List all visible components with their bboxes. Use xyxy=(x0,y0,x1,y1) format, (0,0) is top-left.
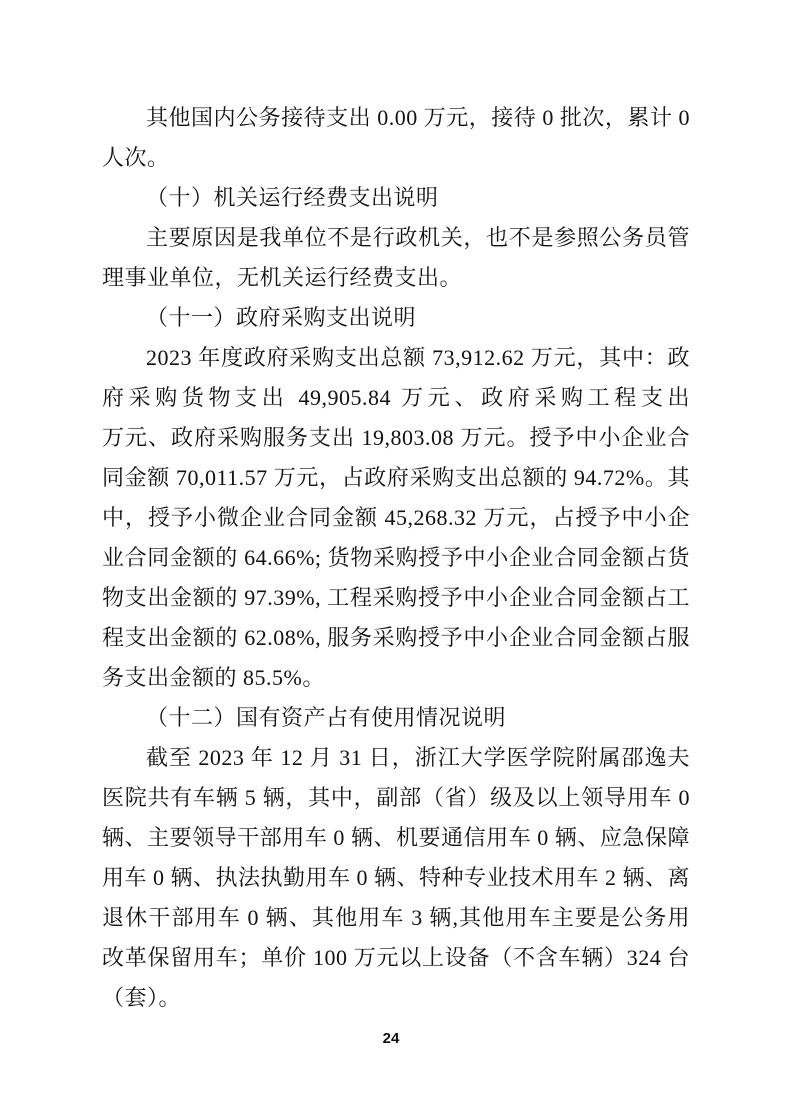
text-line: 业合同金额的 64.66%; 货物采购授予中小企业合同金额占货 xyxy=(102,538,690,578)
document-page: 其他国内公务接待支出 0.00 万元，接待 0 批次，累计 0 人次。 （十）机… xyxy=(0,0,790,1116)
text-line: 万元、政府采购服务支出 19,803.08 万元。授予中小企业合 xyxy=(102,418,690,458)
text-line: 程支出金额的 62.08%, 服务采购授予中小企业合同金额占服 xyxy=(102,618,690,658)
paragraph: 其他国内公务接待支出 0.00 万元，接待 0 批次，累计 0 人次。 xyxy=(102,98,690,178)
text-line: 物支出金额的 97.39%, 工程采购授予中小企业合同金额占工 xyxy=(102,578,690,618)
text-line: （套）。 xyxy=(102,978,690,1018)
section-heading: （十）机关运行经费支出说明 xyxy=(102,178,690,218)
paragraph: 截至 2023 年 12 月 31 日，浙江大学医学院附属邵逸夫 医院共有车辆 … xyxy=(102,738,690,1018)
text-line: 府采购货物支出 49,905.84 万元、政府采购工程支出 4,203.70 xyxy=(102,378,690,418)
heading-line: （十）机关运行经费支出说明 xyxy=(102,178,690,218)
text-line: 医院共有车辆 5 辆，其中，副部（省）级及以上领导用车 0 xyxy=(102,778,690,818)
text-line: 其他国内公务接待支出 0.00 万元，接待 0 批次，累计 0 xyxy=(102,98,690,138)
text-line: 人次。 xyxy=(102,138,690,178)
text-line: 务支出金额的 85.5%。 xyxy=(102,658,690,698)
heading-line: （十一）政府采购支出说明 xyxy=(102,298,690,338)
text-line: 主要原因是我单位不是行政机关，也不是参照公务员管 xyxy=(102,218,690,258)
text-line: 同金额 70,011.57 万元，占政府采购支出总额的 94.72%。其 xyxy=(102,458,690,498)
text-line: 截至 2023 年 12 月 31 日，浙江大学医学院附属邵逸夫 xyxy=(102,738,690,778)
text-line: 退休干部用车 0 辆、其他用车 3 辆,其他用车主要是公务用车 xyxy=(102,898,690,938)
heading-line: （十二）国有资产占有使用情况说明 xyxy=(102,698,690,738)
text-line: 中，授予小微企业合同金额 45,268.32 万元，占授予中小企 xyxy=(102,498,690,538)
paragraph: 主要原因是我单位不是行政机关，也不是参照公务员管 理事业单位，无机关运行经费支出… xyxy=(102,218,690,298)
text-line: 2023 年度政府采购支出总额 73,912.62 万元，其中：政 xyxy=(102,338,690,378)
text-line: 改革保留用车；单价 100 万元以上设备（不含车辆）324 台 xyxy=(102,938,690,978)
paragraph: 2023 年度政府采购支出总额 73,912.62 万元，其中：政 府采购货物支… xyxy=(102,338,690,698)
text-line: 理事业单位，无机关运行经费支出。 xyxy=(102,258,690,298)
section-heading: （十二）国有资产占有使用情况说明 xyxy=(102,698,690,738)
section-heading: （十一）政府采购支出说明 xyxy=(102,298,690,338)
text-line: 用车 0 辆、执法执勤用车 0 辆、特种专业技术用车 2 辆、离 xyxy=(102,858,690,898)
page-number: 24 xyxy=(0,1030,782,1047)
text-line: 辆、主要领导干部用车 0 辆、机要通信用车 0 辆、应急保障 xyxy=(102,818,690,858)
